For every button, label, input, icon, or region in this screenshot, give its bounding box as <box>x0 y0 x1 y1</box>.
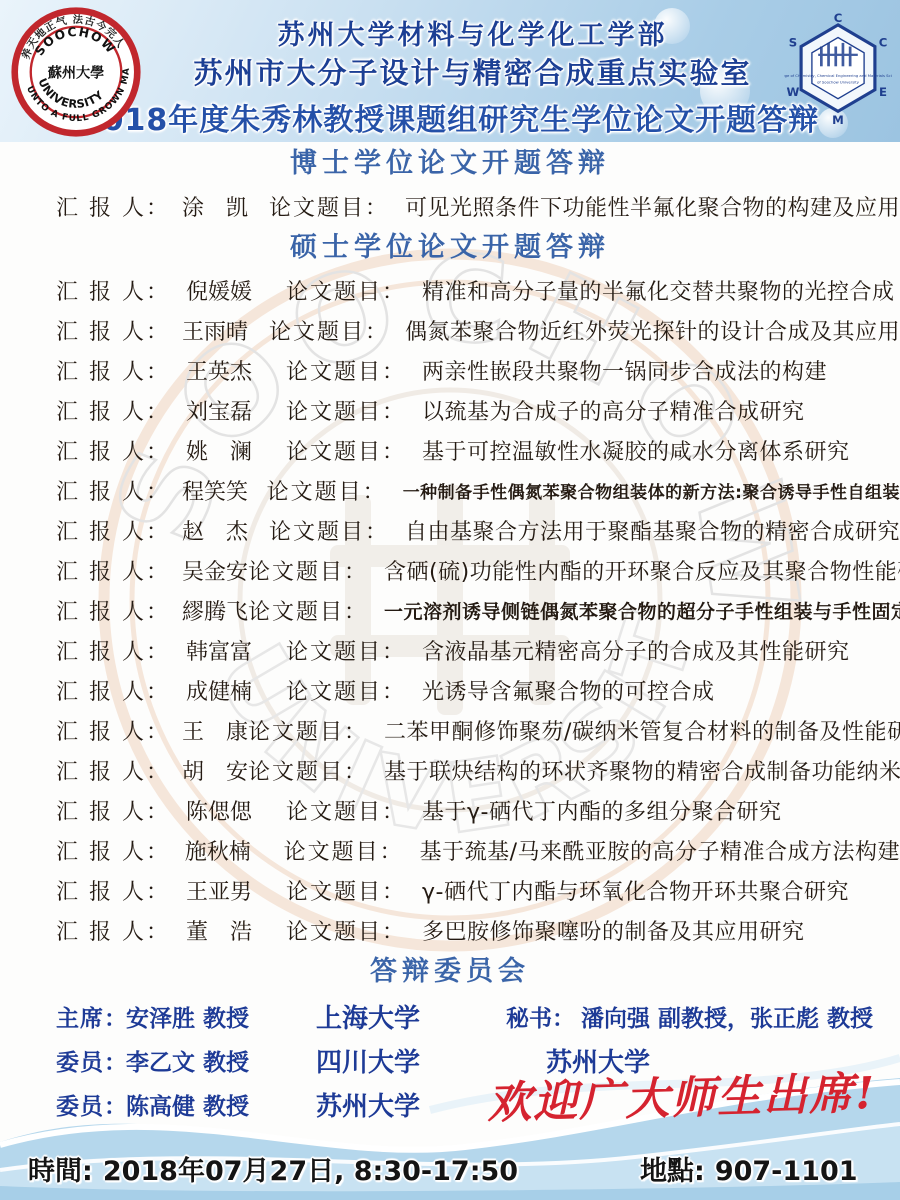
thesis-title: 偶氮苯聚合物近红外荧光探针的设计合成及其应用 <box>405 315 900 346</box>
event-location: 地點:907-1101 <box>640 1149 858 1188</box>
report-row: 汇 报 人： 施秋楠 论文题目： 基于巯基/马来酰亚胺的高分子精准合成方法构建 <box>0 830 900 870</box>
time-label: 時間: <box>28 1156 93 1187</box>
svg-text:College of Chemistry, Chemical: College of Chemistry, Chemical Engineeri… <box>784 74 892 78</box>
thesis-label: 论文题目： <box>269 191 389 222</box>
committee-member: 安泽胜 教授 <box>126 1000 316 1033</box>
reporter-label: 汇 报 人： <box>56 275 174 306</box>
time-value: 2018年07月27日, 8:30-17:50 <box>103 1156 518 1187</box>
report-row: 汇 报 人： 赵 杰 论文题目： 自由基聚合方法用于聚酯基聚合物的精密合成研究 <box>0 510 900 550</box>
thesis-label: 论文题目： <box>284 835 404 866</box>
svg-text:C: C <box>834 11 843 25</box>
header-banner: 苏州大学材料与化学化工学部 苏州市大分子设计与精密合成重点实验室 2018年度朱… <box>0 0 900 142</box>
committee-member: 李乙文 教授 <box>126 1044 316 1077</box>
thesis-title: 一种制备手性偶氮苯聚合物组装体的新方法:聚合诱导手性自组装 <box>403 478 900 503</box>
header-title-line2: 苏州市大分子设计与精密合成重点实验室 <box>140 51 805 92</box>
secretary-label: 秘书： <box>506 1000 575 1033</box>
reporter-label: 汇 报 人： <box>56 595 170 626</box>
reporter-name: 陈偲偲 <box>186 795 286 826</box>
place-label: 地點: <box>640 1156 705 1187</box>
thesis-label: 论文题目： <box>267 475 387 506</box>
report-row: 汇 报 人： 王亚男 论文题目： γ-硒代丁内酯与环氧化合物开环共聚合研究 <box>0 870 900 910</box>
report-row: 汇 报 人： 王 康 论文题目： 二苯甲酮修饰聚芴/碳纳米管复合材料的制备及性能… <box>0 710 900 750</box>
report-row: 汇 报 人： 姚 澜 论文题目： 基于可控温敏性水凝胶的咸水分离体系研究 <box>0 430 900 470</box>
reporter-name: 施秋楠 <box>185 835 284 866</box>
thesis-title: 可见光照条件下功能性半氟化聚合物的构建及应用 <box>405 191 900 222</box>
secretary-names: 潘向强 副教授，张正彪 教授 <box>581 1000 873 1033</box>
thesis-title: 光诱导含氟聚合物的可控合成 <box>422 675 715 706</box>
reporter-label: 汇 报 人： <box>56 715 170 746</box>
committee-member: 陈高健 教授 <box>126 1088 316 1121</box>
master-section-heading: 硕士学位论文开题答辩 <box>0 226 900 270</box>
place-value: 907-1101 <box>715 1156 858 1187</box>
thesis-label: 论文题目： <box>286 635 406 666</box>
committee-heading: 答辩委员会 <box>0 950 900 994</box>
reporter-name: 王英杰 <box>186 355 286 386</box>
reporter-name: 胡 安 <box>182 755 248 786</box>
reporter-label: 汇 报 人： <box>56 435 174 466</box>
thesis-label: 论文题目： <box>286 395 406 426</box>
report-row: 汇 报 人： 胡 安 论文题目： 基于联炔结构的环状齐聚物的精密合成制备功能纳米… <box>0 750 900 790</box>
thesis-label: 论文题目： <box>269 515 389 546</box>
thesis-label: 论文题目： <box>286 675 406 706</box>
reporter-label: 汇 报 人： <box>56 835 173 866</box>
event-time: 時間:2018年07月27日, 8:30-17:50 <box>28 1149 518 1188</box>
report-row: 汇 报 人： 刘宝磊 论文题目： 以巯基为合成子的高分子精准合成研究 <box>0 390 900 430</box>
thesis-title: 两亲性嵌段共聚物一锅同步合成法的构建 <box>422 355 827 386</box>
reporter-label: 汇 报 人： <box>56 635 174 666</box>
svg-text:C: C <box>879 36 888 50</box>
report-row: 汇 报 人： 王英杰 论文题目： 两亲性嵌段共聚物一锅同步合成法的构建 <box>0 350 900 390</box>
committee-university: 苏州大学 <box>316 1086 506 1123</box>
reporter-label: 汇 报 人： <box>56 315 170 346</box>
thesis-label: 论文题目： <box>286 355 406 386</box>
thesis-title: 基于可控温敏性水凝胶的咸水分离体系研究 <box>422 435 850 466</box>
thesis-label: 论文题目： <box>286 875 406 906</box>
reporter-name: 董 浩 <box>186 915 286 946</box>
report-row: 汇 报 人： 繆腾飞 论文题目： 一元溶剂诱导侧链偶氮苯聚合物的超分子手性组装与… <box>0 590 900 630</box>
report-row: 汇 报 人： 程笑笑 论文题目： 一种制备手性偶氮苯聚合物组装体的新方法:聚合诱… <box>0 470 900 510</box>
thesis-title: 二苯甲酮修饰聚芴/碳纳米管复合材料的制备及性能研究 <box>384 715 900 746</box>
thesis-label: 论文题目： <box>286 915 406 946</box>
svg-text:M: M <box>832 113 844 127</box>
reporter-name: 吴金安 <box>182 555 248 586</box>
reporter-name: 程笑笑 <box>182 475 267 506</box>
thesis-title: 基于γ-硒代丁内酯的多组分聚合研究 <box>422 795 781 826</box>
thesis-label: 论文题目： <box>286 275 406 306</box>
thesis-title: 自由基聚合方法用于聚酯基聚合物的精密合成研究 <box>405 515 900 546</box>
reporter-label: 汇 报 人： <box>56 915 174 946</box>
thesis-title: 多巴胺修饰聚噻吩的制备及其应用研究 <box>422 915 805 946</box>
reporter-label: 汇 报 人： <box>56 515 170 546</box>
committee-university: 四川大学 <box>316 1042 506 1079</box>
report-row-phd: 汇 报 人： 涂 凯 论文题目： 可见光照条件下功能性半氟化聚合物的构建及应用 <box>0 186 900 226</box>
thesis-label: 论文题目： <box>286 435 406 466</box>
reporter-name: 王亚男 <box>186 875 286 906</box>
report-row: 汇 报 人： 倪媛媛 论文题目： 精准和高分子量的半氟化交替共聚物的光控合成 <box>0 270 900 310</box>
svg-text:W: W <box>787 85 800 99</box>
thesis-label: 论文题目： <box>248 555 368 586</box>
reporter-name: 姚 澜 <box>186 435 286 466</box>
reporter-label: 汇 报 人： <box>56 755 170 786</box>
svg-text:E: E <box>879 85 887 99</box>
welcome-message: 欢迎广大师生出席! <box>486 1057 877 1131</box>
poster-body: 博士学位论文开题答辩 汇 报 人： 涂 凯 论文题目： 可见光照条件下功能性半氟… <box>0 142 900 1126</box>
thesis-title: 基于巯基/马来酰亚胺的高分子精准合成方法构建 <box>420 835 900 866</box>
poster-page: SOOCHOW UNIVERSITY 苏州大学材料与化学化工学部 苏州市大分子设… <box>0 0 900 1200</box>
thesis-title: 以巯基为合成子的高分子精准合成研究 <box>422 395 805 426</box>
committee-role: 主席： <box>56 1000 126 1033</box>
thesis-label: 论文题目： <box>248 715 368 746</box>
reporter-name: 繆腾飞 <box>182 595 248 626</box>
report-row: 汇 报 人： 王雨晴 论文题目： 偶氮苯聚合物近红外荧光探针的设计合成及其应用 <box>0 310 900 350</box>
reporter-label: 汇 报 人： <box>56 795 174 826</box>
committee-university: 上海大学 <box>316 998 506 1035</box>
thesis-label: 论文题目： <box>269 315 389 346</box>
thesis-title: 含硒(硫)功能性内酯的开环聚合反应及其聚合物性能研究 <box>384 555 900 586</box>
thesis-title: γ-硒代丁内酯与环氧化合物开环共聚合研究 <box>422 875 849 906</box>
thesis-label: 论文题目： <box>286 795 406 826</box>
report-row: 汇 报 人： 成健楠 论文题目： 光诱导含氟聚合物的可控合成 <box>0 670 900 710</box>
svg-text:S: S <box>789 36 797 50</box>
thesis-label: 论文题目： <box>248 595 368 626</box>
header-title-line1: 苏州大学材料与化学化工学部 <box>140 13 805 52</box>
report-row: 汇 报 人： 陈偲偲 论文题目： 基于γ-硒代丁内酯的多组分聚合研究 <box>0 790 900 830</box>
reporter-name: 刘宝磊 <box>186 395 286 426</box>
reporter-name: 韩富富 <box>186 635 286 666</box>
header-title-line3: 2018年度朱秀林教授课题组研究生学位论文开题答辩 <box>60 95 840 139</box>
reporter-label: 汇 报 人： <box>56 475 170 506</box>
report-row: 汇 报 人： 董 浩 论文题目： 多巴胺修饰聚噻吩的制备及其应用研究 <box>0 910 900 950</box>
reporter-label: 汇 报 人： <box>56 675 174 706</box>
reporter-name: 成健楠 <box>186 675 286 706</box>
thesis-title: 精准和高分子量的半氟化交替共聚物的光控合成 <box>422 275 895 306</box>
report-row: 汇 报 人： 韩富富 论文题目： 含液晶基元精密高分子的合成及其性能研究 <box>0 630 900 670</box>
committee-role: 委员： <box>56 1044 126 1077</box>
reporter-label: 汇 报 人： <box>56 875 174 906</box>
committee-row: 主席： 安泽胜 教授 上海大学 秘书： 潘向强 副教授，张正彪 教授 <box>0 994 900 1038</box>
committee-role: 委员： <box>56 1088 126 1121</box>
thesis-title: 一元溶剂诱导侧链偶氮苯聚合物的超分子手性组装与手性固定 <box>384 597 900 624</box>
thesis-title: 基于联炔结构的环状齐聚物的精密合成制备功能纳米材料 <box>384 755 900 786</box>
thesis-label: 论文题目： <box>248 755 368 786</box>
soochow-university-seal-logo: 养天地正气 法古今完人 UNTO A FULL GROWN MAN SOOCHO… <box>10 6 142 138</box>
phd-section-heading: 博士学位论文开题答辩 <box>0 142 900 186</box>
reporter-label: 汇 报 人： <box>56 555 170 586</box>
reporter-name: 王雨晴 <box>182 315 269 346</box>
reporter-label: 汇 报 人： <box>56 395 174 426</box>
reporter-name: 王 康 <box>182 715 248 746</box>
college-hexagon-logo: C C E M W S College of Chemistry, Chemic… <box>784 10 892 128</box>
report-row: 汇 报 人： 吴金安 论文题目： 含硒(硫)功能性内酯的开环聚合反应及其聚合物性… <box>0 550 900 590</box>
svg-text:蘇州大學: 蘇州大學 <box>48 65 105 82</box>
reporter-name: 赵 杰 <box>182 515 269 546</box>
thesis-title: 含液晶基元精密高分子的合成及其性能研究 <box>422 635 850 666</box>
reporter-name: 倪媛媛 <box>186 275 286 306</box>
reporter-name: 涂 凯 <box>182 191 269 222</box>
reporter-label: 汇 报 人： <box>56 355 174 386</box>
svg-text:of Soochow University: of Soochow University <box>817 80 860 84</box>
reporter-label: 汇 报 人： <box>56 191 170 222</box>
